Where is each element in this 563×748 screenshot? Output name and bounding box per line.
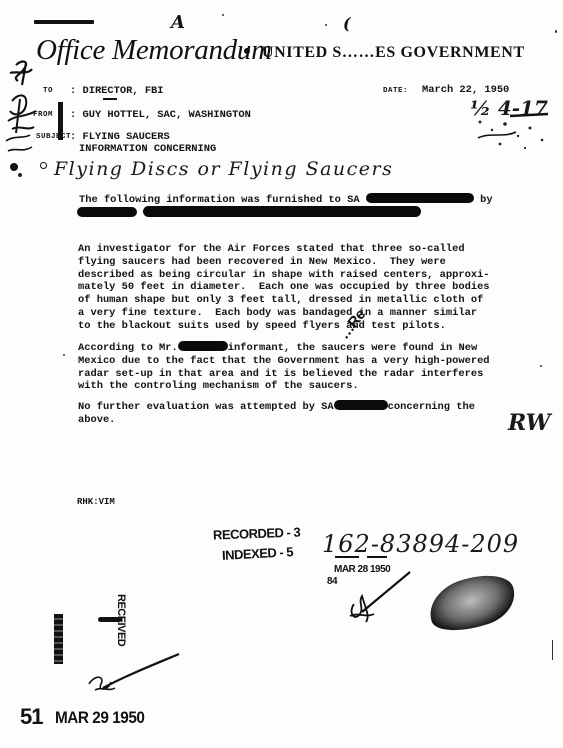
signature-icon (340, 570, 430, 630)
handwritten-circle (40, 162, 47, 169)
ink-smudge (422, 566, 521, 641)
text-line: Mexico due to the fact that the Governme… (78, 355, 498, 368)
text-line: mately 50 feet in diameter. Each one was… (78, 281, 498, 294)
ink-spatter-icon (470, 110, 560, 160)
recorded-stamp: RECORDED - 3 (213, 524, 301, 542)
file-number: 162-83894-209 (322, 530, 519, 558)
agency-name: UNITED S……ES GOVERNMENT (262, 44, 525, 62)
intro-text-after: by (480, 194, 492, 206)
date-label: DATE: (383, 87, 408, 95)
text-line: An investigator for the Air Forces state… (78, 243, 498, 256)
text-line: of human shape but only 3 feet tall, dre… (78, 294, 498, 307)
reference-initials: RHK:VIM (77, 497, 115, 507)
redaction (77, 207, 137, 217)
subject-label: SUBJECT (36, 133, 71, 141)
text-line: According to Mr.informant, the saucers w… (78, 341, 498, 355)
bottom-date-number: 51 (20, 704, 42, 730)
form-number (34, 20, 94, 24)
text-line: flying saucers had been recovered in New… (78, 256, 498, 269)
paragraph-3: No further evaluation was attempted by S… (78, 400, 508, 427)
intro-line: The following information was furnished … (79, 193, 493, 206)
text-line: described as being circular in shape wit… (78, 269, 498, 282)
handwritten-mark: A (171, 12, 185, 33)
margin-bar (54, 614, 63, 664)
redaction (334, 400, 388, 410)
paragraph-1: An investigator for the Air Forces state… (78, 243, 498, 333)
to-value: : DIRECTOR, FBI (70, 85, 164, 97)
to-label: TO (43, 87, 53, 95)
redaction (366, 193, 474, 203)
text-before-redaction: No further evaluation was attempted by S… (78, 401, 334, 413)
text-line: above. (78, 414, 508, 427)
underline-mark (367, 556, 387, 558)
handwritten-initials: RW (508, 410, 551, 436)
date-stamp-sub: 84 (327, 576, 337, 587)
subject-line-1: : FLYING SAUCERS (70, 131, 170, 143)
memo-title: Office Memorandum (36, 34, 272, 67)
file-prefix: 1 (322, 530, 338, 558)
handwritten-heading: Flying Discs or Flying Saucers (54, 158, 393, 180)
intro-text-before: The following information was furnished … (79, 194, 360, 206)
subject-line-2: INFORMATION CONCERNING (79, 143, 216, 155)
text-line: a very fine texture. Each body was banda… (78, 307, 498, 320)
header-bullet (244, 48, 250, 54)
from-value: : GUY HOTTEL, SAC, WASHINGTON (70, 109, 251, 121)
file-number-value: 62-83894-209 (338, 530, 519, 558)
text-line: with the controling mechanism of the sau… (78, 380, 498, 393)
text-line: to the blackout suits used by speed flye… (78, 320, 498, 333)
text-after-redaction: informant, the saucers were found in New (228, 342, 477, 354)
signature-icon (75, 650, 185, 700)
ink-mark (98, 617, 122, 622)
text-before-redaction: According to Mr. (78, 342, 178, 354)
underline-mark (103, 98, 117, 100)
handwritten-mark: ( (343, 14, 351, 33)
margin-scribble-icon (2, 55, 62, 185)
bottom-date-stamp: MAR 29 1950 (55, 708, 144, 728)
text-after-redaction: concerning the (388, 401, 475, 413)
redaction (178, 341, 228, 351)
underline-mark (335, 556, 359, 558)
date-value: March 22, 1950 (422, 84, 509, 96)
indexed-stamp: INDEXED - 5 (222, 544, 294, 563)
paragraph-2: According to Mr.informant, the saucers w… (78, 341, 498, 393)
from-label: FROM (33, 111, 53, 119)
text-line: No further evaluation was attempted by S… (78, 400, 508, 414)
text-line: radar set-up in that area and it is beli… (78, 368, 498, 381)
redaction (143, 206, 421, 217)
